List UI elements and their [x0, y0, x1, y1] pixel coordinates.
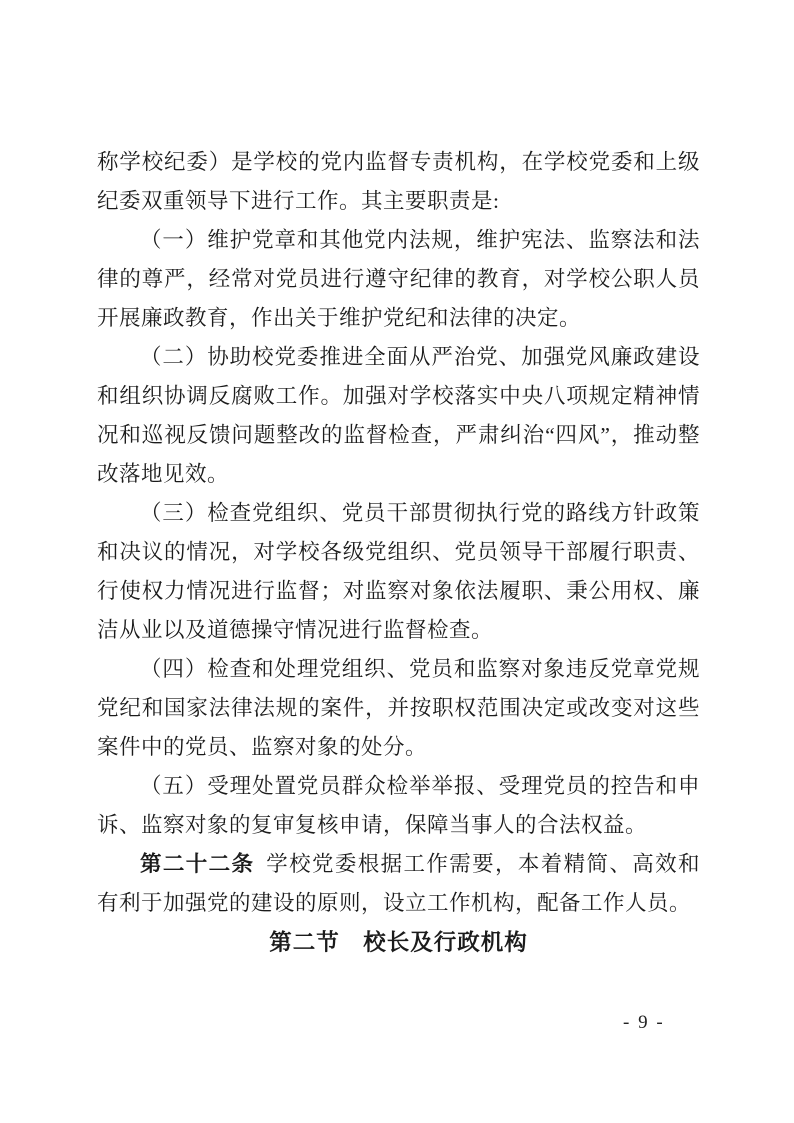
page-number: - 9 - [623, 1012, 665, 1034]
duty-item-2: （二）协助校党委推进全面从严治党、加强党风廉政建设和组织协调反腐败工作。加强对学… [97, 338, 700, 494]
document-page: 称学校纪委）是学校的党内监督专责机构，在学校党委和上级纪委双重领导下进行工作。其… [0, 0, 794, 1123]
document-body: 称学校纪委）是学校的党内监督专责机构，在学校党委和上级纪委双重领导下进行工作。其… [97, 143, 700, 962]
duty-item-1: （一）维护党章和其他党内法规，维护宪法、监察法和法律的尊严，经常对党员进行遵守纪… [97, 221, 700, 338]
article-22-term: 第二十二条 [140, 852, 254, 876]
section-2-heading: 第二节 校长及行政机构 [97, 923, 700, 962]
duty-item-5: （五）受理处置党员群众检举举报、受理党员的控告和申诉、监察对象的复审复核申请，保… [97, 767, 700, 845]
paragraph-continuation: 称学校纪委）是学校的党内监督专责机构，在学校党委和上级纪委双重领导下进行工作。其… [97, 143, 700, 221]
duty-item-4: （四）检查和处理党组织、党员和监察对象违反党章党规党纪和国家法律法规的案件，并按… [97, 650, 700, 767]
article-22: 第二十二条学校党委根据工作需要，本着精简、高效和有利于加强党的建设的原则，设立工… [97, 845, 700, 923]
duty-item-3: （三）检查党组织、党员干部贯彻执行党的路线方针政策和决议的情况，对学校各级党组织… [97, 494, 700, 650]
